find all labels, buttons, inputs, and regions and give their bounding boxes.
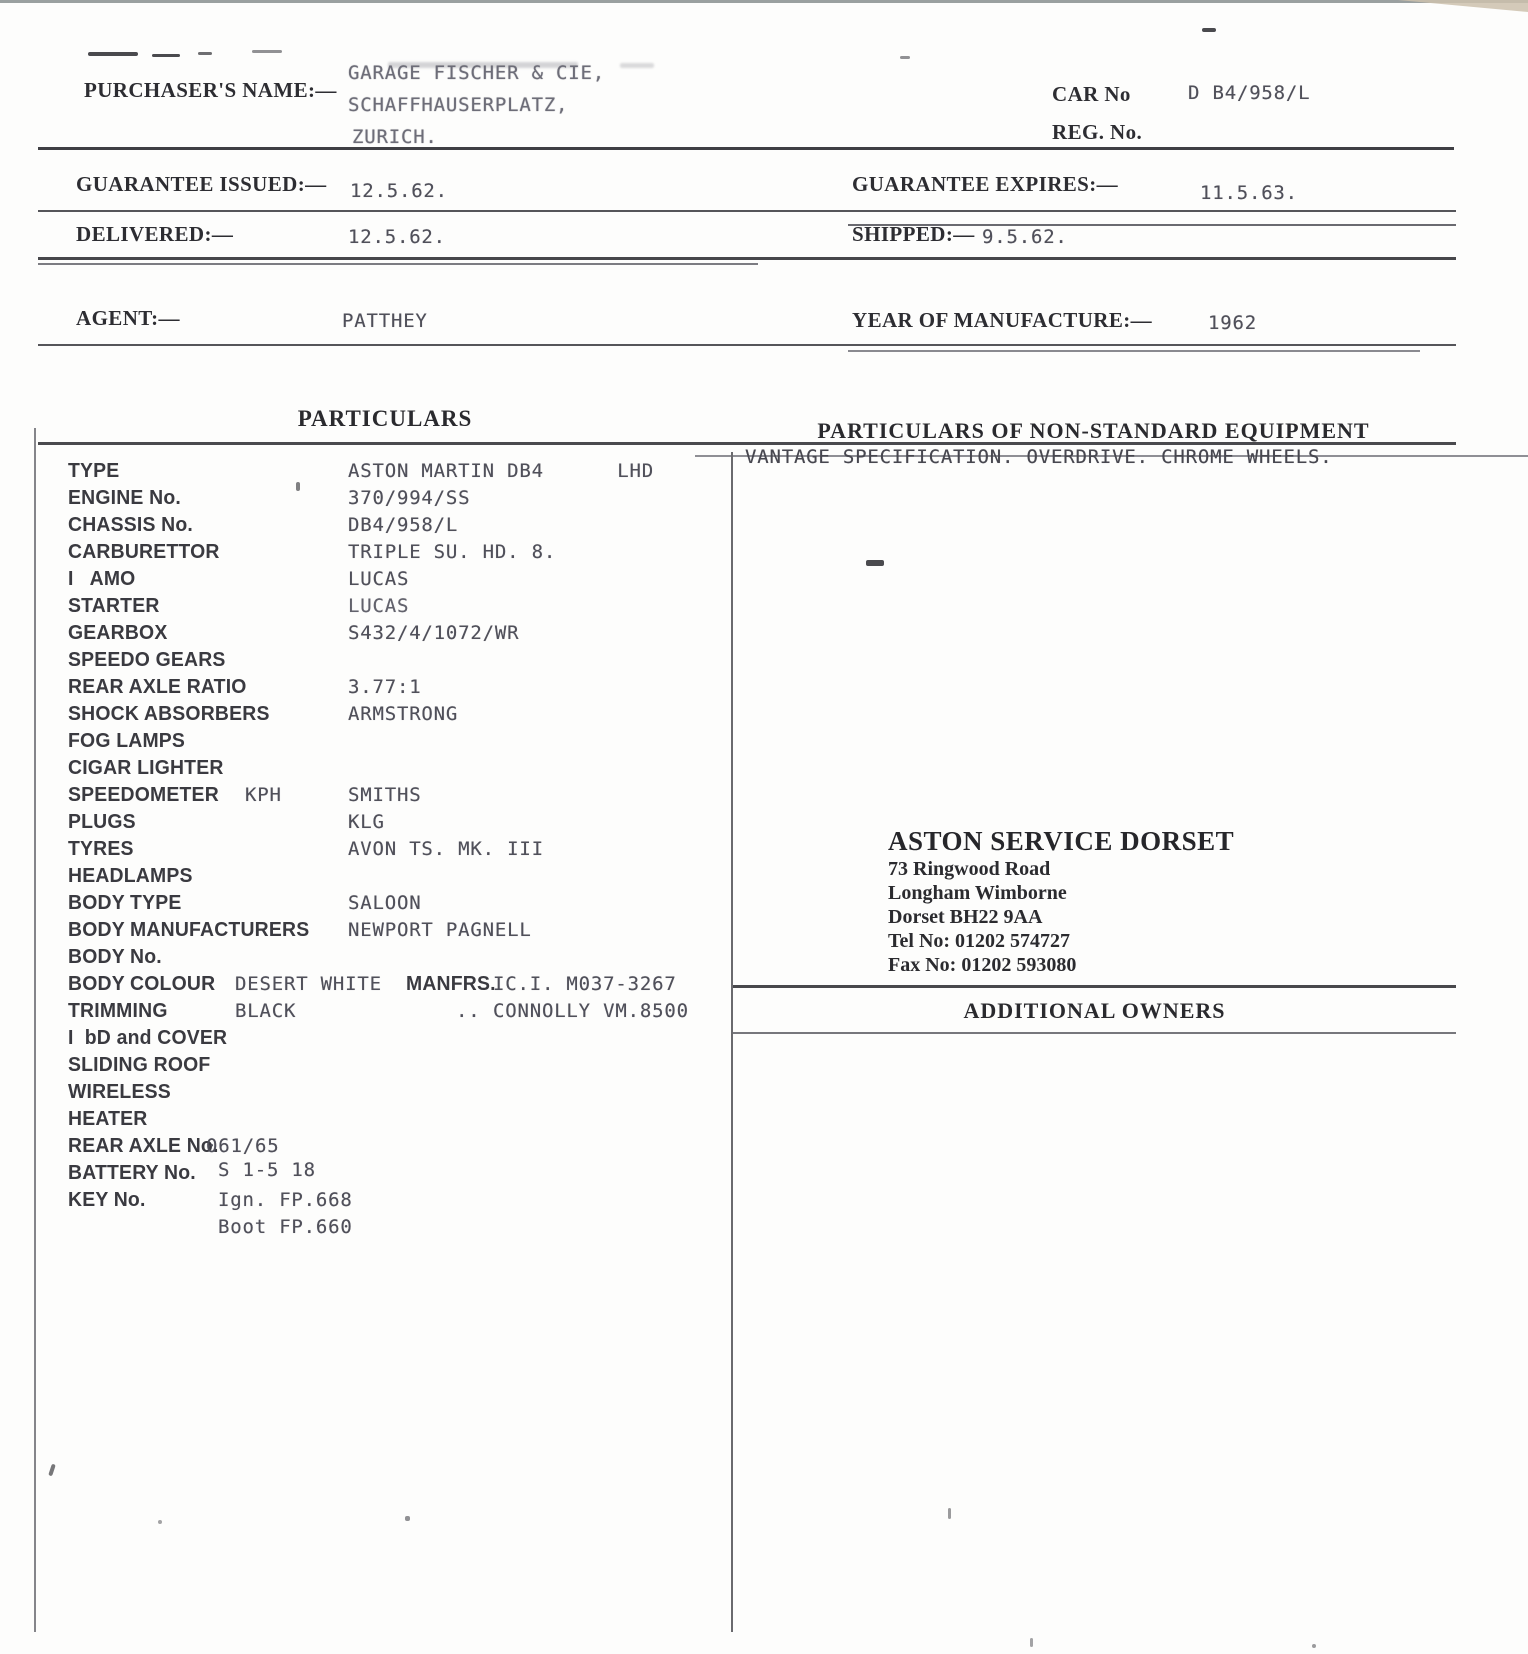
guarantee-expires-value: 11.5.63. (1200, 182, 1298, 204)
particulars-row: TRIMMING BLACK .. CONNOLLY VM.8500 (38, 998, 732, 1025)
year-of-manufacture-value: 1962 (1208, 312, 1257, 334)
field-label: CHASSIS No. (68, 514, 193, 537)
rule-horizontal (38, 257, 1456, 260)
guarantee-form-page: PURCHASER'S NAME:— GARAGE FISCHER & CIE,… (0, 0, 1528, 1654)
purchaser-name-label: PURCHASER'S NAME:— (84, 78, 337, 103)
field-value: Ign. FP.668 (218, 1189, 353, 1211)
field-label: BODY COLOUR (68, 973, 215, 996)
field-value: DB4/958/L (348, 514, 458, 536)
car-no-value: D B4/958/L (1188, 82, 1310, 104)
particulars-title: PARTICULARS (38, 406, 732, 432)
particulars-row: Boot FP.660 (38, 1214, 732, 1241)
rule-horizontal (38, 210, 1456, 212)
field-label: HEATER (68, 1108, 147, 1131)
particulars-row: HEATER (38, 1106, 732, 1133)
scan-artifact (158, 1520, 162, 1524)
dealer-stamp-name: ASTON SERVICE DORSET (888, 826, 1234, 857)
dealer-stamp-fax-line: Fax No: 01202 593080 (888, 953, 1234, 977)
scan-artifact (152, 54, 180, 57)
field-label: SPEEDOMETER (68, 784, 219, 807)
field-value: LUCAS (348, 595, 409, 617)
dealer-stamp: ASTON SERVICE DORSET 73 Ringwood Road Lo… (888, 826, 1234, 977)
rule-horizontal (733, 985, 1456, 988)
field-label: SLIDING ROOF (68, 1054, 210, 1077)
scan-artifact (900, 56, 910, 59)
shipped-value: 9.5.62. (982, 226, 1068, 248)
manufacturers-ref-value: IC.I. M037-3267 (493, 973, 677, 995)
field-value: 370/994/SS (348, 487, 470, 509)
scan-artifact (198, 52, 212, 55)
scan-artifact (1312, 1644, 1316, 1648)
scan-artifact (252, 50, 282, 53)
field-label: KEY No. (68, 1189, 146, 1212)
field-label: WIRELESS (68, 1081, 171, 1104)
field-label: PLUGS (68, 811, 136, 834)
particulars-row: SPEEDO GEARS (38, 647, 732, 674)
field-label: BATTERY No. (68, 1162, 196, 1185)
particulars-row: FOG LAMPS (38, 728, 732, 755)
scan-corner-shadow (1398, 0, 1528, 12)
scan-artifact (1202, 28, 1216, 32)
field-label: BODY No. (68, 946, 162, 969)
scan-top-edge (0, 0, 1528, 3)
field-value: SALOON (348, 892, 421, 914)
scan-artifact (1030, 1638, 1033, 1647)
field-value: ASTON MARTIN DB4 LHD (348, 460, 654, 482)
field-value: NEWPORT PAGNELL (348, 919, 532, 941)
agent-value: PATTHEY (342, 310, 428, 332)
scan-artifact (48, 1464, 56, 1477)
dealer-stamp-phone-line: Tel No: 01202 574727 (888, 929, 1234, 953)
field-value: DESERT WHITE (235, 973, 382, 995)
particulars-list: TYPE ASTON MARTIN DB4 LHD ENGINE No. 370… (38, 458, 732, 1241)
field-label: REAR AXLE RATIO (68, 676, 247, 699)
field-label: ENGINE No. (68, 487, 181, 510)
scan-artifact (88, 52, 138, 56)
purchaser-name-line2: SCHAFFHAUSERPLATZ, (348, 94, 568, 116)
guarantee-issued-value: 12.5.62. (350, 180, 448, 202)
field-label: TRIMMING (68, 1000, 168, 1023)
shipped-label: SHIPPED:— (852, 222, 975, 247)
particulars-row: SHOCK ABSORBERS ARMSTRONG (38, 701, 732, 728)
field-value: 061/65 (206, 1135, 279, 1157)
field-value: LUCAS (348, 568, 409, 590)
guarantee-issued-label: GUARANTEE ISSUED:— (76, 172, 327, 197)
field-value: S432/4/1072/WR (348, 622, 519, 644)
particulars-row: I AMO LUCAS (38, 566, 732, 593)
delivered-value: 12.5.62. (348, 226, 446, 248)
field-label: GEARBOX (68, 622, 167, 645)
purchaser-name-line1: GARAGE FISCHER & CIE, (348, 62, 605, 84)
particulars-row: BODY MANUFACTURERS NEWPORT PAGNELL (38, 917, 732, 944)
field-label: TYPE (68, 460, 119, 483)
particulars-row: REAR AXLE RATIO 3.77:1 (38, 674, 732, 701)
field-value: TRIPLE SU. HD. 8. (348, 541, 556, 563)
particulars-row: HEADLAMPS (38, 863, 732, 890)
dealer-stamp-address-line: 73 Ringwood Road (888, 857, 1234, 881)
field-label: BODY MANUFACTURERS (68, 919, 309, 942)
particulars-row: REAR AXLE No. 061/65 (38, 1133, 732, 1160)
particulars-row: ENGINE No. 370/994/SS (38, 485, 732, 512)
non-standard-equipment-title: PARTICULARS OF NON-STANDARD EQUIPMENT (731, 418, 1456, 444)
ditto-mark: .. (456, 1000, 480, 1022)
delivered-label: DELIVERED:— (76, 222, 233, 247)
field-label: STARTER (68, 595, 160, 618)
field-value: ARMSTRONG (348, 703, 458, 725)
agent-label: AGENT:— (76, 306, 180, 331)
particulars-row: PLUGS KLG (38, 809, 732, 836)
particulars-row: TYRES AVON TS. MK. III (38, 836, 732, 863)
particulars-row: BODY No. (38, 944, 732, 971)
particulars-row: SPEEDOMETER KPH SMITHS (38, 782, 732, 809)
trim-supplier-value: CONNOLLY VM.8500 (493, 1000, 689, 1022)
particulars-row: CHASSIS No. DB4/958/L (38, 512, 732, 539)
particulars-row: TYPE ASTON MARTIN DB4 LHD (38, 458, 732, 485)
particulars-row: CIGAR LIGHTER (38, 755, 732, 782)
particulars-row: WIRELESS (38, 1079, 732, 1106)
particulars-row: CARBURETTOR TRIPLE SU. HD. 8. (38, 539, 732, 566)
particulars-row: I bD and COVER (38, 1025, 732, 1052)
rule-horizontal (848, 350, 1420, 352)
field-label: I bD and COVER (68, 1027, 227, 1050)
field-value: BLACK (235, 1000, 296, 1022)
field-label: CIGAR LIGHTER (68, 757, 224, 780)
guarantee-expires-label: GUARANTEE EXPIRES:— (852, 172, 1118, 197)
rule-horizontal (38, 263, 758, 265)
particulars-row: BODY TYPE SALOON (38, 890, 732, 917)
rule-horizontal (38, 344, 1456, 346)
additional-owners-title: ADDITIONAL OWNERS (733, 998, 1456, 1024)
particulars-row: KEY No. Ign. FP.668 (38, 1187, 732, 1214)
non-standard-equipment-value: VANTAGE SPECIFICATION. OVERDRIVE. CHROME… (745, 446, 1332, 468)
field-label: HEADLAMPS (68, 865, 193, 888)
left-margin-line (34, 428, 36, 1632)
particulars-row: BATTERY No. S 1-5 18 (38, 1160, 732, 1187)
field-value: AVON TS. MK. III (348, 838, 544, 860)
field-label: SHOCK ABSORBERS (68, 703, 270, 726)
manufacturers-ref-label: MANFRS. (406, 973, 496, 996)
rule-horizontal (733, 1032, 1456, 1034)
purchaser-name-line3: ZURICH. (352, 126, 438, 148)
rule-horizontal (38, 442, 1456, 445)
dealer-stamp-address-line: Dorset BH22 9AA (888, 905, 1234, 929)
field-label: I AMO (68, 568, 135, 591)
field-value: Boot FP.660 (218, 1216, 353, 1238)
scan-artifact (620, 63, 654, 68)
field-label: BODY TYPE (68, 892, 182, 915)
field-value: SMITHS (348, 784, 421, 806)
year-of-manufacture-label: YEAR OF MANUFACTURE:— (852, 308, 1152, 333)
reg-no-label: REG. No. (1052, 120, 1142, 145)
particulars-row: BODY COLOUR DESERT WHITE MANFRS. IC.I. M… (38, 971, 732, 998)
field-value: 3.77:1 (348, 676, 421, 698)
field-value: KLG (348, 811, 385, 833)
car-no-label: CAR No (1052, 82, 1131, 107)
dealer-stamp-address-line: Longham Wimborne (888, 881, 1234, 905)
rule-horizontal (38, 147, 1454, 150)
scan-artifact (866, 560, 884, 566)
field-value: S 1-5 18 (218, 1159, 316, 1181)
field-label: REAR AXLE No. (68, 1135, 219, 1158)
scan-artifact (948, 1508, 951, 1519)
field-label: SPEEDO GEARS (68, 649, 226, 672)
particulars-row: STARTER LUCAS (38, 593, 732, 620)
particulars-row: SLIDING ROOF (38, 1052, 732, 1079)
field-label: FOG LAMPS (68, 730, 185, 753)
field-label: CARBURETTOR (68, 541, 220, 564)
particulars-row: GEARBOX S432/4/1072/WR (38, 620, 732, 647)
field-label: TYRES (68, 838, 134, 861)
field-unit: KPH (245, 784, 282, 806)
scan-artifact (405, 1516, 410, 1521)
